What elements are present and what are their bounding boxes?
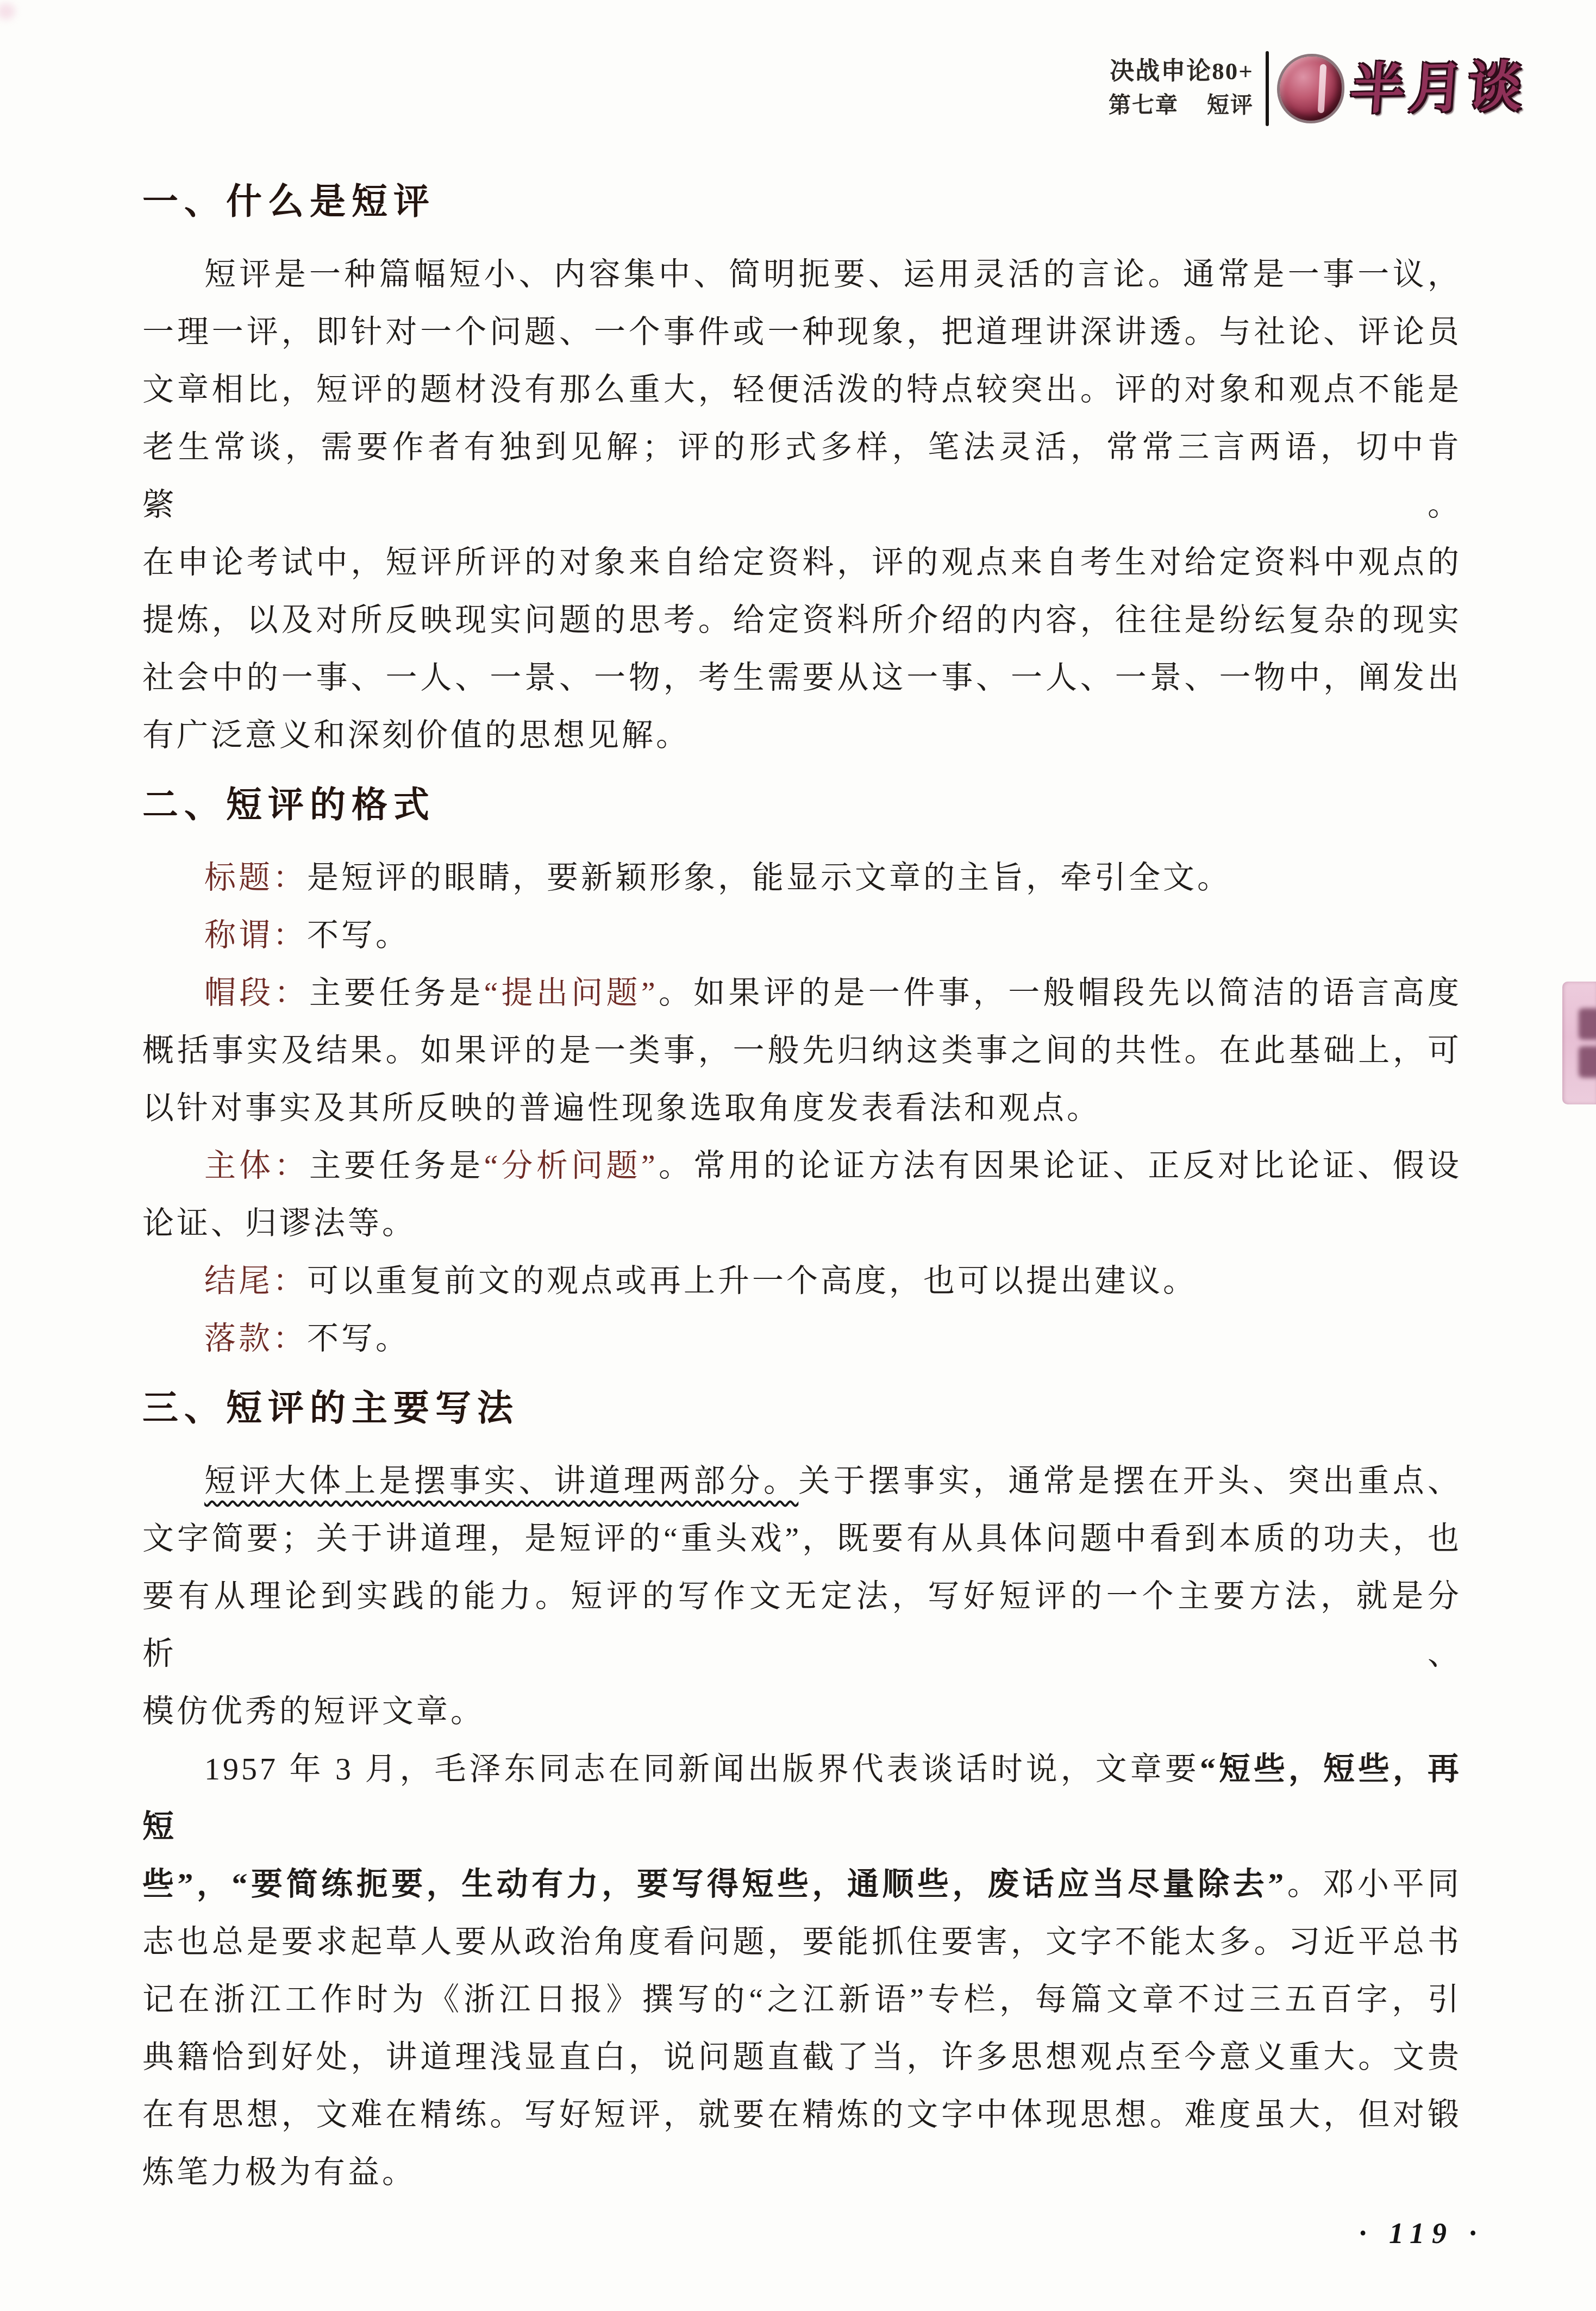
text-line: 老生常谈，需要作者有独到见解；评的形式多样，笔法灵活，常常三言两语，切中肯綮。: [142, 419, 1462, 534]
text-line: 论证、归谬法等。: [142, 1195, 1462, 1252]
body-text: 不写。: [307, 917, 410, 953]
apple-logo-icon: [1280, 57, 1342, 121]
body-text: 文章相比，短评的题材没有那么重大，轻便活泼的特点较突出。评的对象和观点不能是: [142, 372, 1462, 407]
page-header: 决战申论80+ 第七章短评 半月谈: [1109, 51, 1526, 126]
body-text: 论证、归谬法等。: [142, 1206, 416, 1241]
body-text: 有广泛意义和深刻价值的思想见解。: [142, 717, 690, 753]
label-text: 落款：: [204, 1321, 307, 1356]
section-heading: 二、短评的格式: [142, 783, 1462, 828]
text-line: 结尾：可以重复前文的观点或再上升一个高度，也可以提出建议。: [142, 1252, 1462, 1310]
logo-wordmark: 半月谈: [1348, 60, 1528, 117]
text-line: 落款：不写。: [142, 1310, 1462, 1367]
accent-text: “提出问题”: [484, 975, 658, 1010]
scan-artifact: [0, 3, 15, 20]
text-line: 炼笔力极为有益。: [142, 2144, 1462, 2201]
body-text: 以针对事实及其所反映的普遍性现象选取角度发表看法和观点。: [142, 1090, 1101, 1126]
text-line: 社会中的一事、一人、一景、一物，考生需要从这一事、一人、一景、一物中，阐发出: [142, 649, 1462, 707]
text-line: 典籍恰到好处，讲道理浅显直白，说问题直截了当，许多思想观点至今意义重大。文贵: [142, 2028, 1462, 2086]
body-text: 关于摆事实，通常是摆在开头、突出重点、: [798, 1463, 1462, 1498]
text-line: 志也总是要求起草人要从政治角度看问题，要能抓住要害，文字不能太多。习近平总书: [142, 1913, 1462, 1971]
text-line: 短评大体上是摆事实、讲道理两部分。关于摆事实，通常是摆在开头、突出重点、: [142, 1452, 1462, 1510]
body-text: 典籍恰到好处，讲道理浅显直白，说问题直截了当，许多思想观点至今意义重大。文贵: [142, 2039, 1462, 2075]
text-line: 以针对事实及其所反映的普遍性现象选取角度发表看法和观点。: [142, 1079, 1462, 1137]
page-body: 一、什么是短评短评是一种篇幅短小、内容集中、简明扼要、运用灵活的言论。通常是一事…: [142, 179, 1462, 2201]
book-page: 决战申论80+ 第七章短评 半月谈 一、什么是短评短评是一种篇幅短小、内容集中、…: [0, 0, 1596, 2311]
text-line: 概括事实及结果。如果评的是一类事，一般先归纳这类事之间的共性。在此基础上，可: [142, 1022, 1462, 1079]
body-text: 概括事实及结果。如果评的是一类事，一般先归纳这类事之间的共性。在此基础上，可: [142, 1033, 1462, 1068]
body-text: 一理一评，即针对一个问题、一个事件或一种现象，把道理讲深讲透。与社论、评论员: [142, 314, 1462, 349]
text-line: 在有思想，文难在精练。写好短评，就要在精炼的文字中体现思想。难度虽大，但对锻: [142, 2086, 1462, 2144]
body-text: 在有思想，文难在精练。写好短评，就要在精炼的文字中体现思想。难度虽大，但对锻: [142, 2097, 1462, 2132]
banyuetan-logo: 半月谈: [1280, 57, 1526, 121]
body-text: 1957 年 3 月，毛泽东同志在同新闻出版界代表谈话时说，文章要: [204, 1751, 1200, 1787]
body-text: 。如果评的是一件事，一般帽段先以简洁的语言高度: [658, 975, 1462, 1010]
text-line: 在申论考试中，短评所评的对象来自给定资料，评的观点来自考生对给定资料中观点的: [142, 534, 1462, 591]
wavy-text: 短评大体上是摆事实、讲道理两部分。: [204, 1463, 798, 1498]
section-heading: 一、什么是短评: [142, 179, 1462, 225]
text-line: 文字简要；关于讲道理，是短评的“重头戏”，既要有从具体问题中看到本质的功夫，也: [142, 1510, 1462, 1567]
body-text: 。常用的论证方法有因果论证、正反对比论证、假设: [658, 1148, 1462, 1183]
body-text: 文字简要；关于讲道理，是短评的“重头戏”，既要有从具体问题中看到本质的功夫，也: [142, 1521, 1462, 1556]
body-text: 社会中的一事、一人、一景、一物，考生需要从这一事、一人、一景、一物中，阐发出: [142, 660, 1462, 695]
tab-glyph-fragment: [1579, 1008, 1596, 1040]
text-line: 一理一评，即针对一个问题、一个事件或一种现象，把道理讲深讲透。与社论、评论员: [142, 303, 1462, 361]
text-line: 提炼，以及对所反映现实问题的思考。给定资料所介绍的内容，往往是纷纭复杂的现实: [142, 591, 1462, 649]
body-text: 老生常谈，需要作者有独到见解；评的形式多样，笔法灵活，常常三言两语，切中肯綮。: [142, 429, 1462, 522]
label-text: 结尾：: [204, 1263, 307, 1298]
page-number: · 119 ·: [1359, 2216, 1484, 2250]
body-text: 记在浙江工作时为《浙江日报》撰写的“之江新语”专栏，每篇文章不过三五百字，引: [142, 1982, 1462, 2017]
label-text: 帽段：: [204, 975, 309, 1010]
text-line: 1957 年 3 月，毛泽东同志在同新闻出版界代表谈话时说，文章要“短些，短些，…: [142, 1740, 1462, 1856]
chapter-label: 第七章: [1109, 92, 1179, 117]
bold-text: 些”，“要简练扼要，生动有力，要写得短些，通顺些，废话应当尽量除去”: [142, 1866, 1286, 1902]
body-text: 是短评的眼睛，要新颖形象，能显示文章的主旨，牵引全文。: [307, 860, 1231, 895]
text-line: 帽段：主要任务是“提出问题”。如果评的是一件事，一般帽段先以简洁的语言高度: [142, 964, 1462, 1022]
text-line: 文章相比，短评的题材没有那么重大，轻便活泼的特点较突出。评的对象和观点不能是: [142, 361, 1462, 419]
tab-glyph-fragment: [1579, 1046, 1596, 1078]
chapter-name: 短评: [1207, 92, 1254, 117]
text-line: 记在浙江工作时为《浙江日报》撰写的“之江新语”专栏，每篇文章不过三五百字，引: [142, 1971, 1462, 2028]
body-text: 志也总是要求起草人要从政治角度看问题，要能抓住要害，文字不能太多。习近平总书: [142, 1924, 1462, 1959]
book-title: 决战申论80+: [1109, 56, 1254, 88]
body-text: 提炼，以及对所反映现实问题的思考。给定资料所介绍的内容，往往是纷纭复杂的现实: [142, 602, 1462, 638]
text-line: 称谓：不写。: [142, 907, 1462, 964]
body-text: 炼笔力极为有益。: [142, 2154, 416, 2190]
text-line: 有广泛意义和深刻价值的思想见解。: [142, 707, 1462, 764]
header-titles: 决战申论80+ 第七章短评: [1109, 56, 1254, 121]
accent-text: “分析问题”: [484, 1148, 658, 1183]
body-text: 。邓小平同: [1286, 1866, 1462, 1902]
body-text: 模仿优秀的短评文章。: [142, 1694, 485, 1729]
chapter-line: 第七章短评: [1109, 91, 1254, 119]
header-divider: [1266, 51, 1269, 126]
text-line: 要有从理论到实践的能力。短评的写作文无定法，写好短评的一个主要方法，就是分析、: [142, 1567, 1462, 1683]
text-line: 主体：主要任务是“分析问题”。常用的论证方法有因果论证、正反对比论证、假设: [142, 1137, 1462, 1195]
body-text: 要有从理论到实践的能力。短评的写作文无定法，写好短评的一个主要方法，就是分析、: [142, 1578, 1462, 1671]
label-text: 标题：: [204, 860, 307, 895]
body-text: 在申论考试中，短评所评的对象来自给定资料，评的观点来自考生对给定资料中观点的: [142, 545, 1462, 580]
body-text: 短评是一种篇幅短小、内容集中、简明扼要、运用灵活的言论。通常是一事一议，: [204, 257, 1462, 292]
text-line: 短评是一种篇幅短小、内容集中、简明扼要、运用灵活的言论。通常是一事一议，: [142, 246, 1462, 303]
body-text: 主要任务是: [309, 975, 484, 1010]
body-text: 主要任务是: [309, 1148, 484, 1183]
body-text: 可以重复前文的观点或再上升一个高度，也可以提出建议。: [307, 1263, 1197, 1298]
chapter-edge-tab: [1562, 982, 1596, 1104]
text-line: 些”，“要简练扼要，生动有力，要写得短些，通顺些，废话应当尽量除去”。邓小平同: [142, 1856, 1462, 1913]
text-line: 模仿优秀的短评文章。: [142, 1683, 1462, 1740]
text-line: 标题：是短评的眼睛，要新颖形象，能显示文章的主旨，牵引全文。: [142, 849, 1462, 907]
section-heading: 三、短评的主要写法: [142, 1386, 1462, 1432]
label-text: 称谓：: [204, 917, 307, 953]
body-text: 不写。: [307, 1321, 410, 1356]
label-text: 主体：: [204, 1148, 309, 1183]
